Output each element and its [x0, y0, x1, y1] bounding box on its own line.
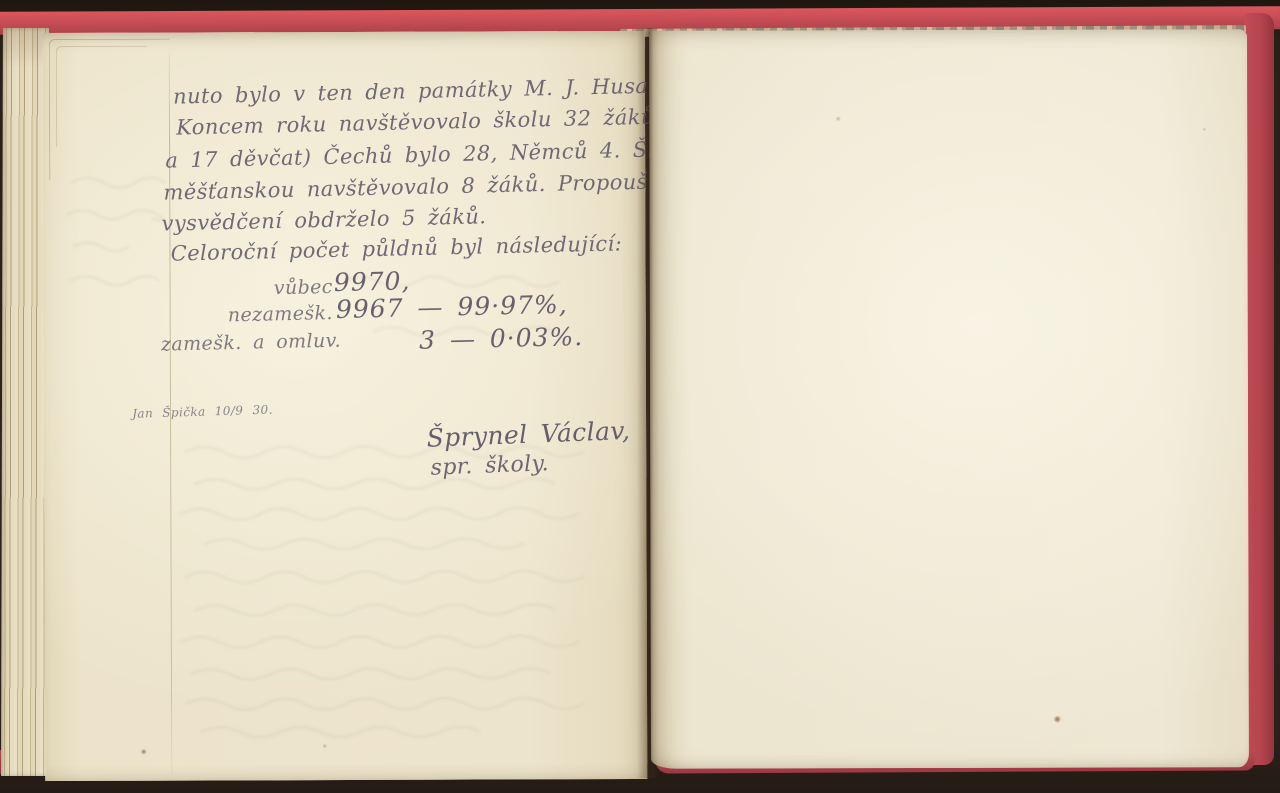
handwritten-line: měšťanskou navštěvovalo 8 žáků. Propoušt…: [163, 169, 689, 205]
signature-title: spr. školy.: [430, 451, 549, 481]
attendance-attended-label: nezamešk.: [228, 302, 333, 326]
handwritten-line: a 17 děvčat) Čechů bylo 28, Němců 4. Ško…: [165, 137, 695, 173]
book-gutter-shadow: [637, 28, 659, 778]
attendance-attended-value: 9967 — 99·97%,: [336, 290, 568, 324]
foxing-spot: [322, 744, 327, 748]
right-page: [649, 29, 1249, 769]
signature-name: Šprynel Václav,: [426, 416, 631, 453]
handwritten-line: vysvědčení obdrželo 5 žáků.: [161, 204, 486, 235]
foxing-spot: [835, 116, 841, 121]
attendance-total-value: 9970,: [334, 266, 411, 297]
handwritten-line: Celoroční počet půldnů byl následující:: [170, 231, 622, 265]
attendance-missed-value: 3 — 0·03%.: [419, 322, 584, 355]
attendance-total-label: vůbec: [274, 276, 334, 299]
left-page: nuto bylo v ten den památky M. J. Husa. …: [43, 31, 648, 781]
foxing-spot: [140, 749, 147, 755]
foxing-spot: [1053, 716, 1062, 723]
foxing-spot: [1202, 127, 1206, 131]
margin-note: Jan Špička 10/9 30.: [132, 403, 273, 421]
attendance-missed-label: zamešk. a omluv.: [161, 330, 341, 356]
left-page-edge-stack: [1, 28, 49, 776]
book-scan-scene: nuto bylo v ten den památky M. J. Husa. …: [0, 0, 1280, 793]
handwritten-line: nuto bylo v ten den památky M. J. Husa.: [173, 74, 656, 109]
